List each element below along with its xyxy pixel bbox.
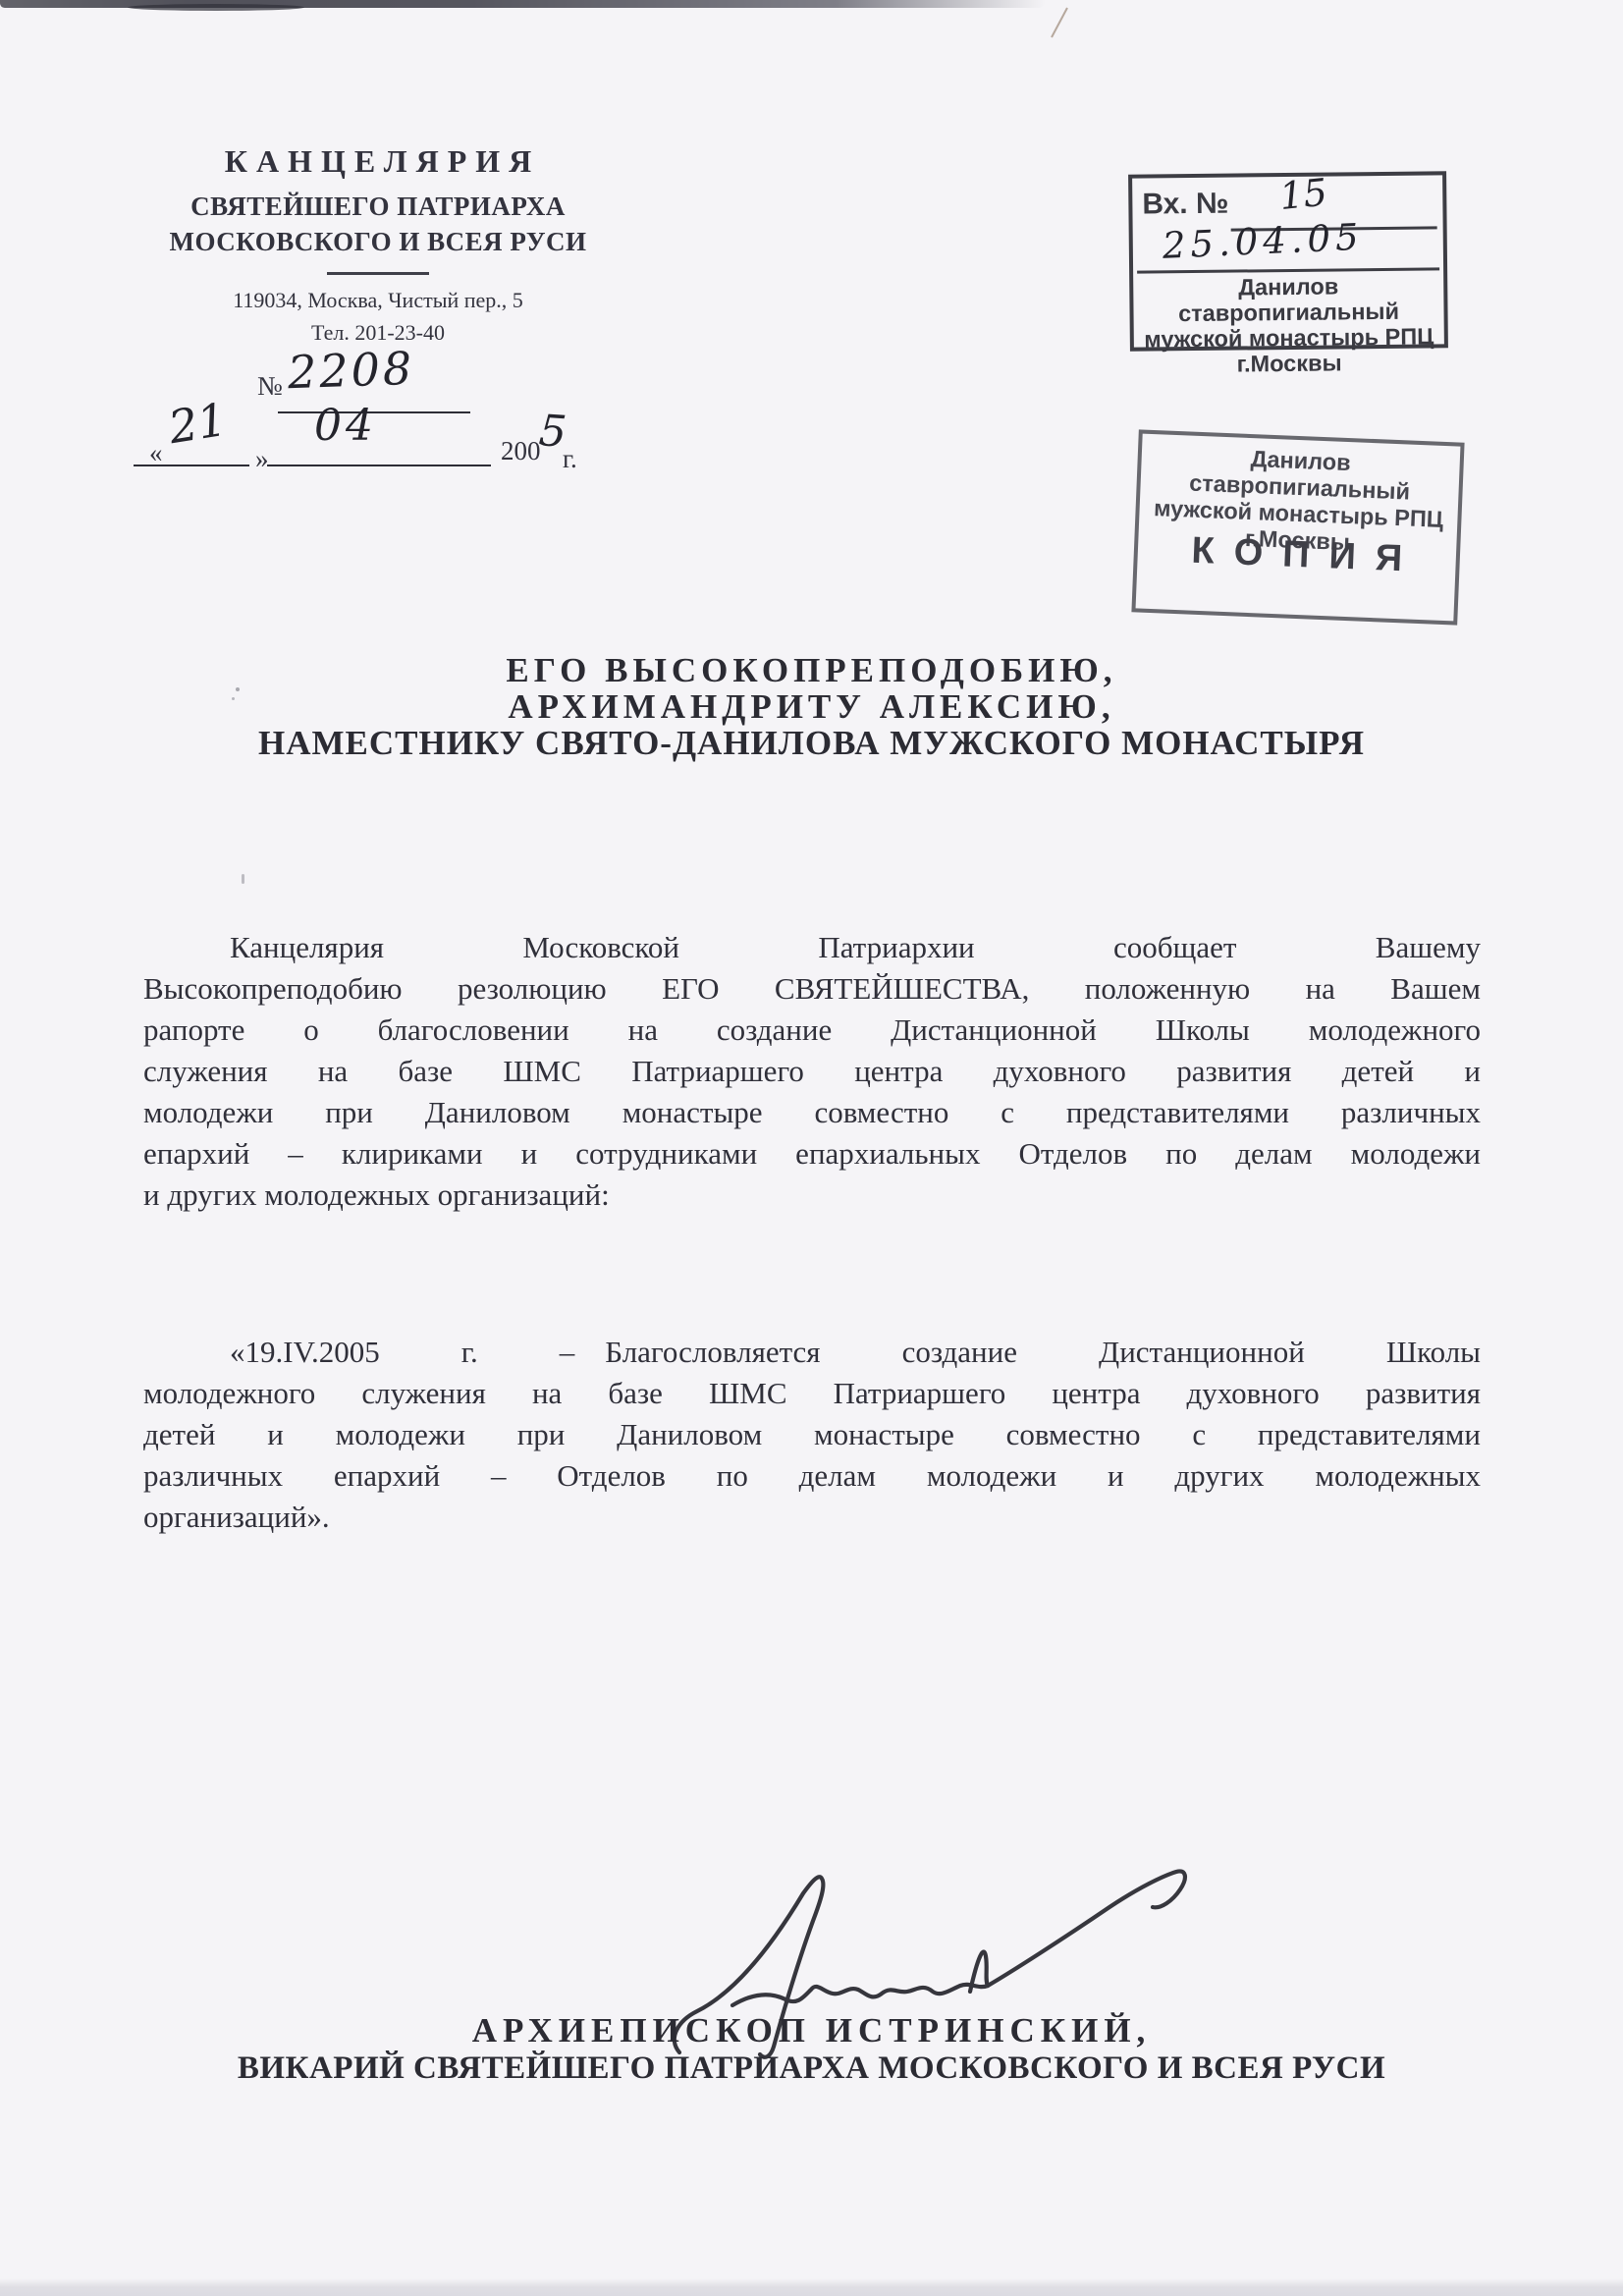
scan-edge-shadow: [128, 4, 304, 11]
text-line: организаций».: [143, 1497, 1481, 1538]
text-line: епархий – клириками и сотрудниками епарх…: [143, 1133, 1481, 1175]
letterhead-address: 119034, Москва, Чистый пер., 5: [128, 288, 628, 313]
text-line: различных епархий – Отделов по делам мол…: [143, 1455, 1481, 1497]
stamp-org-line: Данилов ставропигиальный: [1133, 272, 1444, 326]
text-line: Высокопреподобию резолюцию ЕГО СВЯТЕЙШЕС…: [143, 968, 1481, 1010]
copy-stamp: Данилов ставропигиальный мужской монасты…: [1131, 429, 1464, 625]
scan-scratch-mark: [1051, 8, 1068, 38]
text-line: «19.IV.2005 г. – Благословляется создани…: [143, 1332, 1481, 1373]
body-paragraph-1: Канцелярия Московской Патриархии сообщае…: [143, 927, 1481, 1216]
letterhead-divider: [327, 272, 429, 275]
date-day-underline: [134, 465, 249, 466]
signer-title-line2: ВИКАРИЙ СВЯТЕЙШЕГО ПАТРИАРХА МОСКОВСКОГО…: [0, 2050, 1623, 2087]
scanned-letter-page: КАНЦЕЛЯРИЯ СВЯТЕЙШЕГО ПАТРИАРХА МОСКОВСК…: [0, 0, 1623, 2296]
incoming-registration-stamp: Вх. № 15 25.04.05 Данилов ставропигиальн…: [1128, 171, 1448, 351]
stamp-org-line: г.Москвы: [1134, 349, 1444, 377]
date-year-printed: 200: [501, 436, 541, 466]
text-line: служения на базе ШМС Патриаршего центра …: [143, 1051, 1481, 1092]
date-year-suffix: г.: [563, 444, 577, 474]
scan-edge-bottom: [0, 2278, 1623, 2296]
letterhead-title: КАНЦЕЛЯРИЯ: [128, 143, 628, 180]
letterhead: КАНЦЕЛЯРИЯ СВЯТЕЙШЕГО ПАТРИАРХА МОСКОВСК…: [128, 143, 628, 346]
doc-number-handwritten: 2208: [287, 342, 415, 399]
addressee-line: ЕГО ВЫСОКОПРЕПОДОБИЮ,: [0, 652, 1623, 688]
stamp-org-line: мужской монастырь РПЦ: [1134, 323, 1444, 352]
addressee-line: АРХИМАНДРИТУ АЛЕКСИЮ,: [0, 688, 1623, 725]
stamp-organization-name: Данилов ставропигиальный мужской монасты…: [1133, 272, 1444, 377]
stamp-incoming-date-handwritten: 25.04.05: [1162, 216, 1365, 267]
letterhead-line3: МОСКОВСКОГО И ВСЕЯ РУСИ: [128, 227, 628, 257]
text-line: молодежи при Даниловом монастыре совмест…: [143, 1092, 1481, 1133]
text-line: молодежного служения на базе ШМС Патриар…: [143, 1373, 1481, 1414]
date-month-handwritten: 04: [314, 401, 377, 451]
text-line: и других молодежных организаций:: [143, 1175, 1481, 1216]
letterhead-line2: СВЯТЕЙШЕГО ПАТРИАРХА: [128, 191, 628, 222]
scan-speck: [242, 874, 244, 884]
addressee-block: ЕГО ВЫСОКОПРЕПОДОБИЮ,АРХИМАНДРИТУ АЛЕКСИ…: [0, 652, 1623, 761]
text-line: Канцелярия Московской Патриархии сообщае…: [143, 927, 1481, 968]
text-line: рапорте о благословении на создание Дист…: [143, 1010, 1481, 1051]
addressee-line: НАМЕСТНИКУ СВЯТО-ДАНИЛОВА МУЖСКОГО МОНАС…: [0, 725, 1623, 761]
body-paragraph-2-resolution-quote: «19.IV.2005 г. – Благословляется создани…: [143, 1332, 1481, 1538]
date-day-handwritten: 21: [165, 393, 230, 454]
stamp-incoming-label: Вх. №: [1142, 188, 1228, 222]
doc-number-label: №: [257, 371, 283, 402]
date-quote-close: »: [255, 444, 269, 474]
signer-title-line1: АРХИЕПИСКОП ИСТРИНСКИЙ,: [0, 2011, 1623, 2050]
text-line: детей и молодежи при Даниловом монастыре…: [143, 1414, 1481, 1455]
date-month-underline: [267, 465, 491, 466]
stamp-incoming-number-handwritten: 15: [1277, 171, 1328, 219]
